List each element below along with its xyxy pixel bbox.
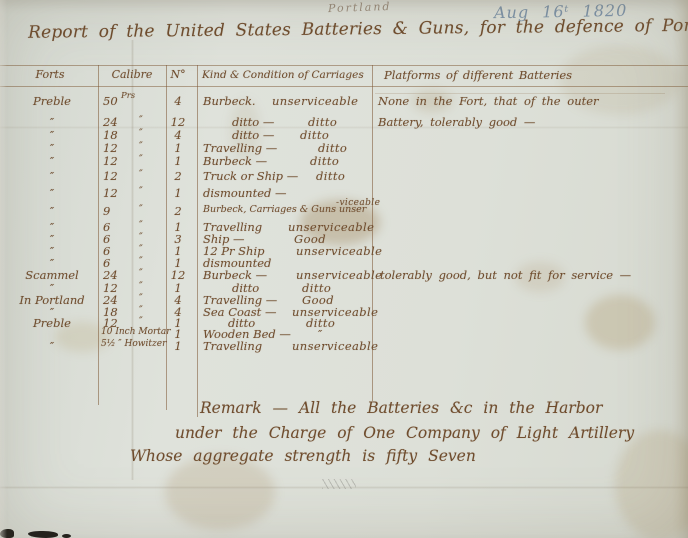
column-header-kind-condition: Kind & Condition of Carriages	[202, 69, 364, 81]
document-title: Report of the United States Batteries & …	[28, 15, 688, 43]
calibre-unit-cell: ″	[139, 186, 143, 197]
count-cell: 1	[163, 186, 193, 200]
condition-cell: unserviceable	[296, 268, 382, 282]
fort-cell: ″	[8, 204, 96, 218]
pencil-scribble	[322, 479, 356, 489]
fort-cell: ″	[8, 169, 96, 183]
calibre-unit-cell: ″	[139, 281, 143, 292]
calibre-unit-cell: ″	[139, 128, 143, 139]
column-header-platforms: Platforms of different Batteries	[384, 68, 572, 82]
pencil-annotation: Portland	[328, 0, 392, 15]
condition-cell: unserviceable	[272, 94, 358, 108]
table-row: ″9″2Burbeck, Carriages & Guns unser-vice…	[0, 204, 688, 218]
fort-cell: ″	[8, 339, 96, 353]
calibre-unit-cell: ″	[139, 204, 143, 215]
kind-cell: Truck or Ship —	[203, 169, 298, 183]
table-rule-header	[0, 86, 688, 87]
column-header-number: N°	[163, 68, 193, 81]
calibre-unit-cell: ″	[139, 115, 143, 126]
scan-edge-right	[672, 0, 688, 538]
platform-cell: tolerably good, but not fit for service …	[380, 268, 631, 282]
calibre-unit-cell: ″	[139, 256, 143, 267]
table-row: Scammel24″12Burbeck —unserviceabletolera…	[0, 268, 688, 282]
fort-cell: ″	[8, 128, 96, 142]
calibre-unit-cell: ″	[139, 293, 143, 304]
fort-cell: ″	[8, 154, 96, 168]
calibre-cell: 12	[103, 186, 139, 200]
calibre-cell: 9	[103, 204, 139, 218]
calibre-cell: 24	[103, 115, 139, 129]
condition-cell: -viceable	[336, 198, 380, 208]
fort-cell: ″	[8, 115, 96, 129]
kind-cell: Burbeck —	[203, 268, 267, 282]
condition-cell: ditto	[300, 128, 329, 142]
condition-cell: ditto	[308, 115, 337, 129]
platform-cell: None in the Fort, that of the outer	[378, 94, 599, 108]
remark-line-2: under the Charge of One Company of Light…	[175, 424, 634, 442]
calibre-cell: 24	[103, 268, 139, 282]
platform-cell: Battery, tolerably good —	[378, 115, 535, 129]
count-cell: 12	[163, 115, 193, 129]
paper-stain	[165, 455, 275, 530]
table-row: ″5½ ″ Howitzer1Travellingunserviceable	[0, 339, 688, 353]
count-cell: 2	[163, 169, 193, 183]
table-row: ″12″1Burbeck —ditto	[0, 154, 688, 168]
calibre-unit-cell: ″	[139, 169, 143, 180]
scan-edge-mark	[62, 534, 71, 538]
count-cell: 4	[163, 128, 193, 142]
calibre-cell: 12	[103, 169, 139, 183]
table-rule-top	[0, 65, 688, 66]
calibre-unit-cell: ″	[139, 316, 143, 327]
calibre-cell: 12	[103, 154, 139, 168]
count-cell: 1	[163, 339, 193, 353]
count-cell: 12	[163, 268, 193, 282]
kind-cell: ditto —	[232, 115, 274, 129]
fort-cell: Scammel	[8, 268, 96, 282]
calibre-cell: 18	[103, 128, 139, 142]
calibre-unit-cell: ″	[139, 141, 143, 152]
calibre-unit-cell: ″	[139, 268, 143, 279]
table-row: Preble50Prs4Burbeck.unserviceableNone in…	[0, 94, 688, 108]
calibre-unit-cell: ″	[139, 305, 143, 316]
table-row: ″12″1Travelling —ditto	[0, 141, 688, 155]
document-page: Portland Aug 16ᵗ 1820 Report of the Unit…	[0, 0, 688, 538]
table-row: ″24″12ditto —dittoBattery, tolerably goo…	[0, 115, 688, 129]
condition-cell: unserviceable	[292, 339, 378, 353]
kind-cell: Burbeck.	[203, 94, 256, 108]
fort-cell: ″	[8, 141, 96, 155]
column-header-forts: Forts	[10, 68, 90, 81]
calibre-unit-cell: ″	[139, 220, 143, 231]
condition-cell: ditto	[316, 169, 345, 183]
fort-cell: ″	[8, 186, 96, 200]
calibre-unit-cell: Prs	[121, 91, 135, 101]
table-row: ″18″4ditto —ditto	[0, 128, 688, 142]
count-cell: 1	[163, 154, 193, 168]
kind-cell: Travelling	[203, 339, 262, 353]
count-cell: 4	[163, 94, 193, 108]
scan-edge-left	[0, 0, 7, 538]
kind-cell: ditto —	[232, 128, 274, 142]
kind-cell: Burbeck —	[203, 154, 267, 168]
kind-cell: dismounted —	[203, 186, 287, 200]
column-header-calibre: Calibre	[100, 68, 164, 81]
scan-edge-mark	[28, 531, 58, 538]
kind-cell: Travelling —	[203, 141, 277, 155]
fort-cell: Preble	[8, 94, 96, 108]
condition-cell: ditto	[310, 154, 339, 168]
count-cell: 1	[163, 141, 193, 155]
count-cell: 2	[163, 204, 193, 218]
table-row: ″12″2Truck or Ship —ditto	[0, 169, 688, 183]
remark-line-3: Whose aggregate strength is fifty Seven	[130, 447, 476, 465]
calibre-unit-cell: ″	[139, 154, 143, 165]
condition-cell: ditto	[318, 141, 347, 155]
calibre-unit-cell: ″	[139, 244, 143, 255]
calibre-cell: 12	[103, 141, 139, 155]
calibre-unit-cell: ″	[139, 232, 143, 243]
remark-line-1: Remark — All the Batteries &c in the Har…	[200, 399, 602, 417]
